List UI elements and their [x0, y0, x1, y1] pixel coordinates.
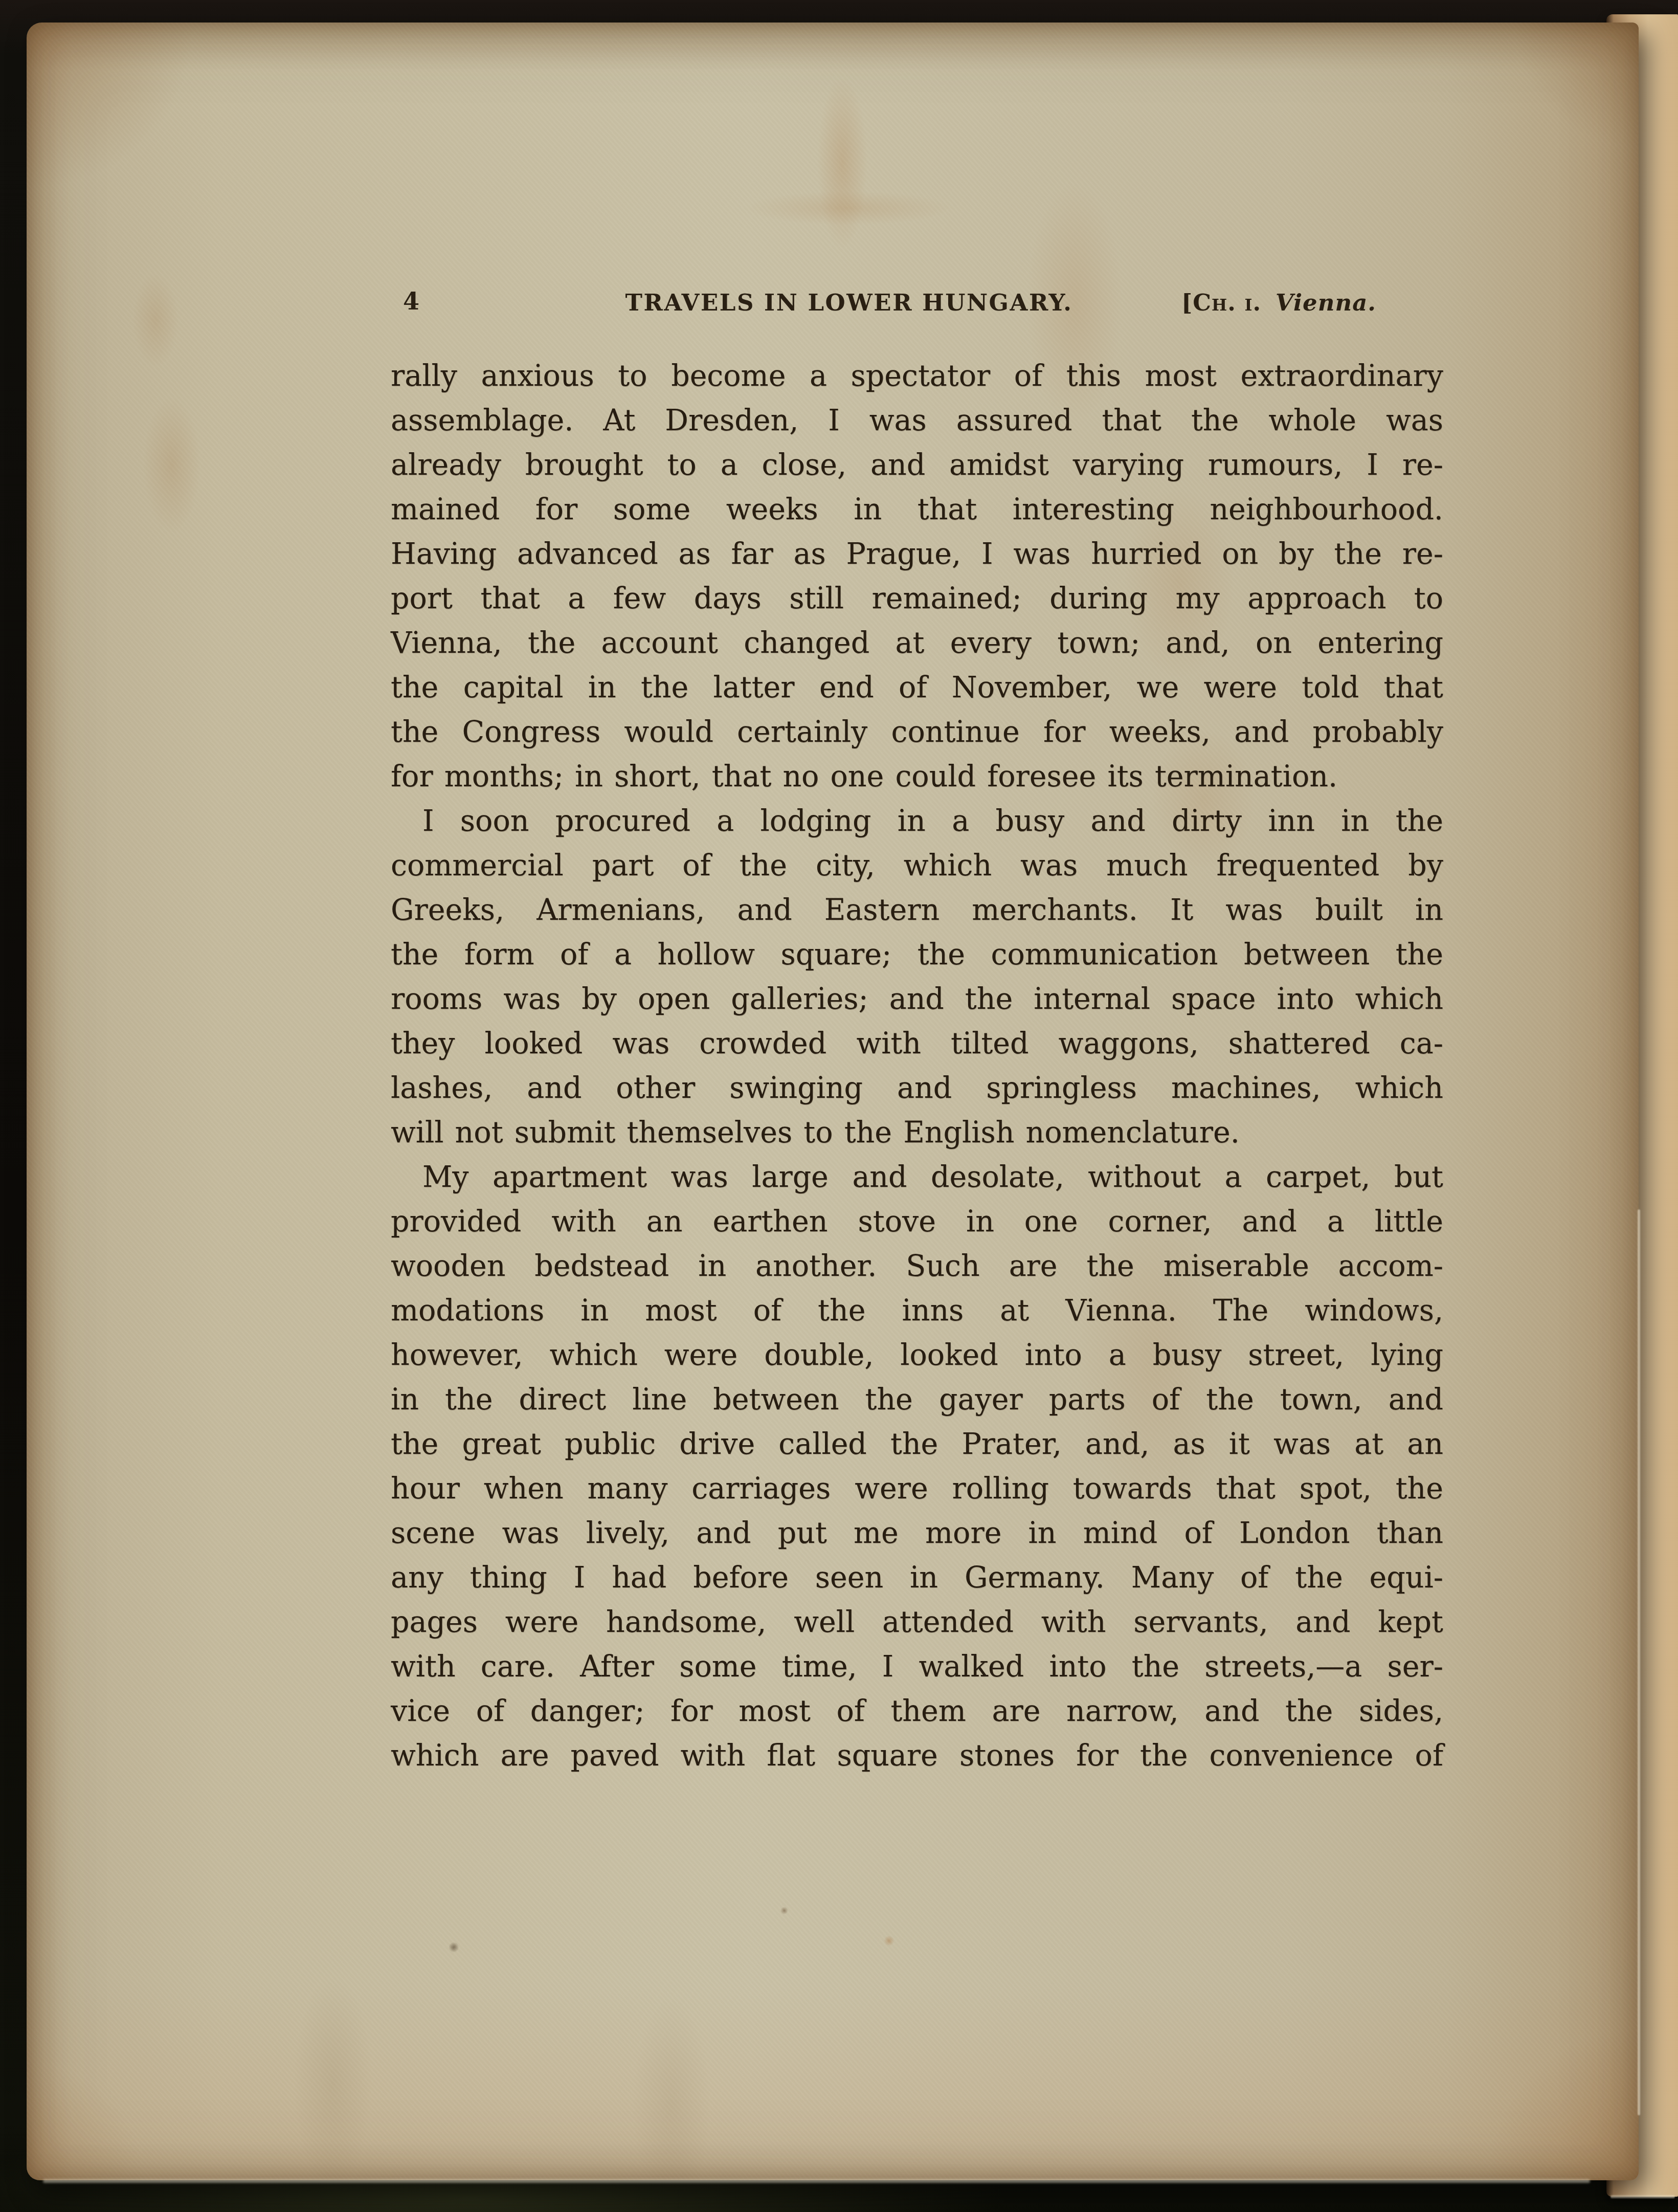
text-line: Greeks, Armenians, and Eastern merchants… [391, 888, 1443, 933]
text-line: in the direct line between the gayer par… [391, 1378, 1443, 1422]
text-line: rally anxious to become a spectator of t… [391, 354, 1443, 399]
text-line: the form of a hollow square; the communi… [391, 933, 1443, 977]
text-line: Having advanced as far as Prague, I was … [391, 532, 1443, 577]
text-line: lashes, and other swinging and springles… [391, 1066, 1443, 1111]
text-line: pages were handsome, well attended with … [391, 1600, 1443, 1645]
text-line: rooms was by open galleries; and the int… [391, 977, 1443, 1022]
text-line: provided with an earthen stove in one co… [391, 1200, 1443, 1244]
text-line: assemblage. At Dresden, I was assured th… [391, 399, 1443, 443]
book-page: 4 TRAVELS IN LOWER HUNGARY. [Ch. i. Vien… [27, 23, 1639, 2180]
running-title: TRAVELS IN LOWER HUNGARY. [625, 289, 1073, 316]
text-line: the capital in the latter end of Novembe… [391, 666, 1443, 710]
text-line: will not submit themselves to the Englis… [391, 1111, 1443, 1155]
page-header: 4 TRAVELS IN LOWER HUNGARY. [Ch. i. Vien… [391, 284, 1443, 317]
scan-background: 4 TRAVELS IN LOWER HUNGARY. [Ch. i. Vien… [0, 0, 1678, 2212]
text-line: wooden bedstead in another. Such are the… [391, 1244, 1443, 1289]
text-line: scene was lively, and put me more in min… [391, 1511, 1443, 1556]
chapter-number-label: [Ch. i. [1181, 289, 1261, 316]
text-line: modations in most of the inns at Vienna.… [391, 1289, 1443, 1333]
text-line: My apartment was large and desolate, wit… [391, 1155, 1443, 1200]
text-line: mained for some weeks in that interestin… [391, 488, 1443, 532]
text-line: port that a few days still remained; dur… [391, 577, 1443, 621]
text-line: already brought to a close, and amidst v… [391, 443, 1443, 488]
chapter-place-label: Vienna. [1276, 289, 1376, 316]
text-line: they looked was crowded with tilted wagg… [391, 1022, 1443, 1066]
text-line: with care. After some time, I walked int… [391, 1645, 1443, 1689]
text-line: vice of danger; for most of them are nar… [391, 1689, 1443, 1734]
text-line: Vienna, the account changed at every tow… [391, 621, 1443, 666]
text-line: any thing I had before seen in Germany. … [391, 1556, 1443, 1600]
text-line: the great public drive called the Prater… [391, 1422, 1443, 1467]
page-number: 4 [403, 287, 419, 315]
body-text: rally anxious to become a spectator of t… [391, 354, 1443, 1778]
text-line: commercial part of the city, which was m… [391, 844, 1443, 888]
text-line: I soon procured a lodging in a busy and … [391, 799, 1443, 844]
text-line: which are paved with flat square stones … [391, 1734, 1443, 1778]
text-line: for months; in short, that no one could … [391, 755, 1443, 799]
chapter-marker: [Ch. i. Vienna. [1181, 289, 1376, 316]
text-line: however, which were double, looked into … [391, 1333, 1443, 1378]
text-line: hour when many carriages were rolling to… [391, 1467, 1443, 1511]
text-line: the Congress would certainly continue fo… [391, 710, 1443, 755]
